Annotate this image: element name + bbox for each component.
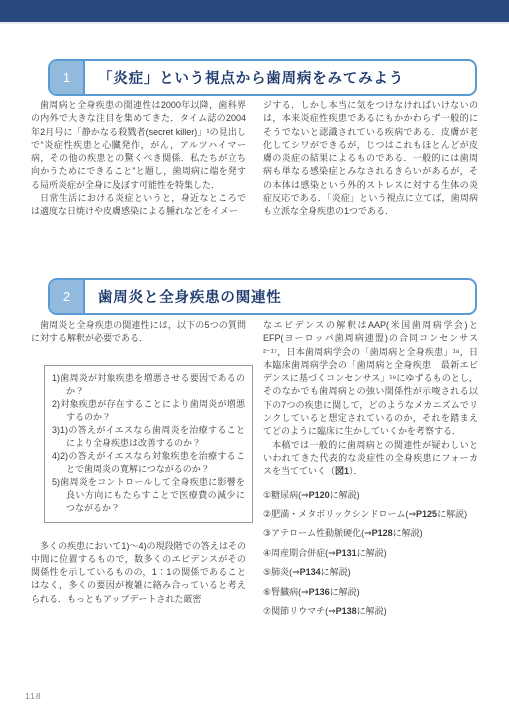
disease-label-post: に解説) [321, 567, 351, 577]
section1-right-column: ジする．しかし本当に気をつけなければいけないのは，本来炎症性疾患であるにもかかわ… [263, 99, 478, 219]
focus-text-pre: 本稿では一般的に歯周病との関連性が疑わしいといわれてきた代表的な炎症性の全身疾患… [263, 440, 478, 477]
disease-label-post: に解説) [357, 606, 387, 616]
question-item-5: 5)歯周炎をコントロールして全身疾患に影響を良い方向にもたらすことで医療費の減少… [52, 476, 245, 515]
question-item-2: 2)対象疾患が存在することにより歯周炎が増悪するのか？ [52, 398, 245, 424]
section1-body: 歯周病と全身疾患の関連性は2000年以降，歯科界の内外で大きな注目を集めてきた．… [31, 99, 478, 219]
page-reference: P125 [416, 509, 437, 519]
disease-item-perinatal-complications: ④周産期合併症(⇒P131に解説) [263, 544, 478, 563]
section2-title: 歯周炎と全身疾患の関連性 [85, 280, 282, 313]
disease-label: ①糖尿病(⇒ [263, 490, 309, 500]
section1-paragraph-2-continued: ジする．しかし本当に気をつけなければいけないのは，本来炎症性疾患であるにもかかわ… [263, 99, 478, 219]
five-questions-box: 1)歯周炎が対象疾患を増悪させる要因であるのか？ 2)対象疾患が存在することによ… [44, 365, 253, 523]
question-item-1: 1)歯周炎が対象疾患を増悪させる要因であるのか？ [52, 372, 245, 398]
page-number: 118 [25, 691, 42, 701]
section2-focus-paragraph: 本稿では一般的に歯周病との関連性が疑わしいといわれてきた代表的な炎症性の全身疾患… [263, 439, 478, 479]
page-reference: P134 [300, 567, 321, 577]
disease-item-atherosclerosis: ③アテローム性動脈硬化(⇒P128に解説) [263, 524, 478, 543]
page-reference: P138 [336, 606, 357, 616]
focus-text-post: ）． [349, 466, 363, 476]
section1-left-column: 歯周病と全身疾患の関連性は2000年以降，歯科界の内外で大きな注目を集めてきた．… [31, 99, 246, 219]
disease-label: ⑤肺炎(⇒ [263, 567, 300, 577]
section1-title: 「炎症」という視点から歯周病をみてみよう [85, 61, 404, 94]
disease-label: ③アテローム性動脈硬化(⇒ [263, 528, 372, 538]
page-reference: P136 [309, 587, 330, 597]
page-top-band [0, 0, 509, 24]
disease-label-post: に解説) [330, 490, 360, 500]
page-reference: P120 [309, 490, 330, 500]
disease-item-diabetes: ①糖尿病(⇒P120に解説) [263, 486, 478, 505]
disease-label-post: に解説) [393, 528, 423, 538]
section2-body: 歯周炎と全身疾患の関連性には，以下の5つの質問に対する解釈が必要である． 1)歯… [31, 319, 478, 621]
section1-heading: 1 「炎症」という視点から歯周病をみてみよう [48, 59, 477, 96]
disease-label-post: に解説) [357, 548, 387, 558]
disease-list: ①糖尿病(⇒P120に解説) ②肥満・メタボリックシンドローム(⇒P125に解説… [263, 486, 478, 622]
disease-item-rheumatoid-arthritis: ⑦関節リウマチ(⇒P138に解説) [263, 602, 478, 621]
disease-label-post: に解説) [330, 587, 360, 597]
section2-heading: 2 歯周炎と全身疾患の関連性 [48, 278, 477, 315]
question-item-4: 4)2)の答えがイエスなら対象疾患を治療することで歯周炎の寛解につながるのか？ [52, 450, 245, 476]
section2-evidence-paragraph: なエビデンスの解釈はAAP(米国歯周病学会)とEFP(ヨーロッパ歯周病連盟)の合… [263, 319, 478, 439]
section1-paragraph-1: 歯周病と全身疾患の関連性は2000年以降，歯科界の内外で大きな注目を集めてきた．… [31, 99, 246, 192]
disease-label: ②肥満・メタボリックシンドローム(⇒ [263, 509, 416, 519]
disease-label: ⑦関節リウマチ(⇒ [263, 606, 336, 616]
section1-number-badge: 1 [50, 61, 85, 94]
disease-label-post: に解説) [437, 509, 467, 519]
disease-item-pneumonia: ⑤肺炎(⇒P134に解説) [263, 563, 478, 582]
disease-item-metabolic-syndrome: ②肥満・メタボリックシンドローム(⇒P125に解説) [263, 505, 478, 524]
figure1-reference: 図1 [335, 466, 349, 476]
section1-paragraph-2: 日常生活における炎症というと，身近なところでは適度な日焼けや皮膚感染による腫れな… [31, 192, 246, 219]
disease-label: ⑥腎臓病(⇒ [263, 587, 309, 597]
question-item-3: 3)1)の答えがイエスなら歯周炎を治療することにより全身疾患は改善するのか？ [52, 424, 245, 450]
section2-lead-paragraph: 歯周炎と全身疾患の関連性には，以下の5つの質問に対する解釈が必要である． [31, 319, 246, 346]
section2-number-badge: 2 [50, 280, 85, 313]
disease-label: ④周産期合併症(⇒ [263, 548, 336, 558]
page-reference: P131 [336, 548, 357, 558]
disease-item-kidney-disease: ⑥腎臓病(⇒P136に解説) [263, 583, 478, 602]
section2-right-column: なエビデンスの解釈はAAP(米国歯周病学会)とEFP(ヨーロッパ歯周病連盟)の合… [263, 319, 478, 621]
section2-discussion-paragraph: 多くの疾患において1)〜4)の現段階での答えはその中間に位置するもので，数多くの… [31, 540, 246, 606]
document-page: 1 「炎症」という視点から歯周病をみてみよう 歯周病と全身疾患の関連性は2000… [0, 0, 509, 720]
page-reference: P128 [372, 528, 393, 538]
section2-left-column: 歯周炎と全身疾患の関連性には，以下の5つの質問に対する解釈が必要である． 1)歯… [31, 319, 246, 621]
